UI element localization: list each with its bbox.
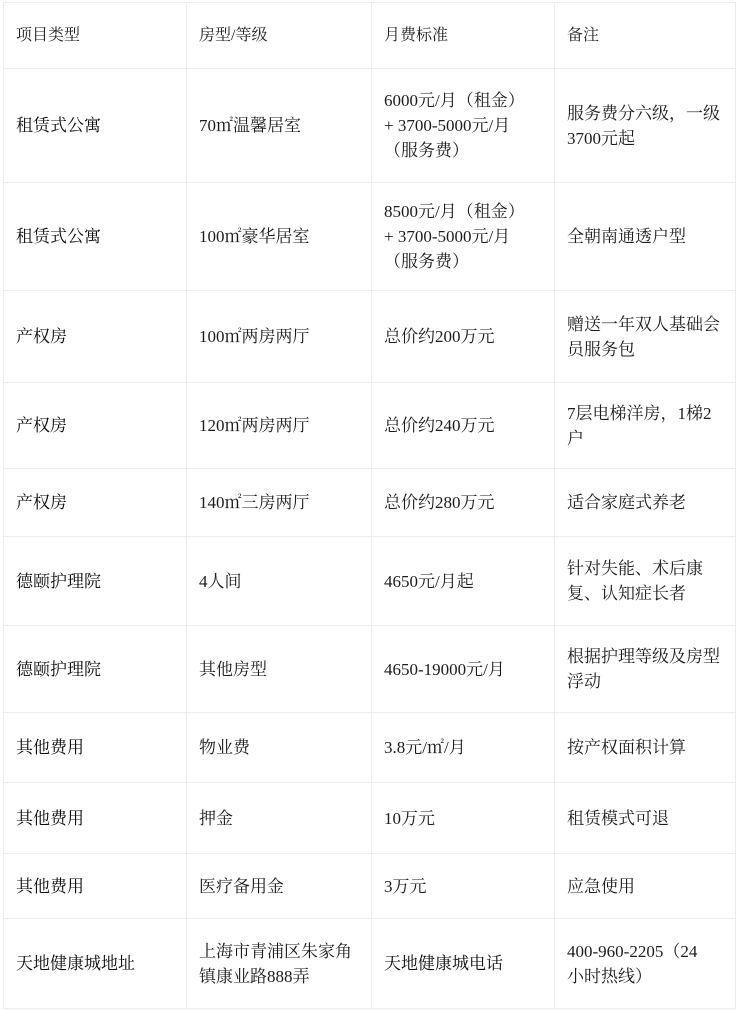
cell-note: 应急使用 [555,854,736,919]
cell-note: 适合家庭式养老 [555,469,736,537]
cell-monthly-fee: 3万元 [372,854,555,919]
cell-room-type: 100㎡豪华居室 [187,183,372,291]
cell-note: 服务费分六级，一级 3700元起 [555,69,736,183]
cell-monthly-fee: 4650元/月起 [372,537,555,626]
table-row: 其他费用 押金 10万元 租赁模式可退 [4,783,736,854]
cell-address-value: 上海市青浦区朱家角 镇康业路888弄 [187,919,372,1009]
cell-monthly-fee: 总价约280万元 [372,469,555,537]
cell-project-type: 其他费用 [4,783,187,854]
table-row: 产权房 140㎡三房两厅 总价约280万元 适合家庭式养老 [4,469,736,537]
cell-note: 赠送一年双人基础会 员服务包 [555,291,736,383]
table-row: 租赁式公寓 70㎡温馨居室 6000元/月（租金） + 3700-5000元/月… [4,69,736,183]
table-header-row: 项目类型 房型/等级 月费标准 备注 [4,3,736,69]
cell-project-type: 租赁式公寓 [4,69,187,183]
cell-room-type: 医疗备用金 [187,854,372,919]
table-row: 产权房 120㎡两房两厅 总价约240万元 7层电梯洋房，1梯2 户 [4,383,736,469]
cell-project-type: 其他费用 [4,713,187,783]
table-row: 其他费用 医疗备用金 3万元 应急使用 [4,854,736,919]
cell-room-type: 100㎡两房两厅 [187,291,372,383]
cell-project-type: 产权房 [4,469,187,537]
column-header-room-type: 房型/等级 [187,3,372,69]
cell-project-type: 其他费用 [4,854,187,919]
cell-room-type: 120㎡两房两厅 [187,383,372,469]
cell-monthly-fee: 6000元/月（租金） + 3700-5000元/月 （服务费） [372,69,555,183]
column-header-notes: 备注 [555,3,736,69]
cell-project-type: 租赁式公寓 [4,183,187,291]
cell-room-type: 押金 [187,783,372,854]
cell-room-type: 70㎡温馨居室 [187,69,372,183]
cell-note: 全朝南通透户型 [555,183,736,291]
cell-address-label: 天地健康城地址 [4,919,187,1009]
table-row: 产权房 100㎡两房两厅 总价约200万元 赠送一年双人基础会 员服务包 [4,291,736,383]
cell-phone-label: 天地健康城电话 [372,919,555,1009]
column-header-monthly-fee: 月费标准 [372,3,555,69]
cell-room-type: 物业费 [187,713,372,783]
table-row: 德颐护理院 其他房型 4650-19000元/月 根据护理等级及房型 浮动 [4,626,736,713]
cell-room-type: 4人间 [187,537,372,626]
cell-phone-value: 400-960-2205（24 小时热线） [555,919,736,1009]
cell-note: 7层电梯洋房，1梯2 户 [555,383,736,469]
cell-note: 针对失能、术后康 复、认知症长者 [555,537,736,626]
cell-room-type: 140㎡三房两厅 [187,469,372,537]
cell-monthly-fee: 总价约200万元 [372,291,555,383]
cell-note: 租赁模式可退 [555,783,736,854]
column-header-project-type: 项目类型 [4,3,187,69]
cell-note: 按产权面积计算 [555,713,736,783]
cell-monthly-fee: 3.8元/㎡/月 [372,713,555,783]
cell-monthly-fee: 4650-19000元/月 [372,626,555,713]
cell-room-type: 其他房型 [187,626,372,713]
table-row: 天地健康城地址 上海市青浦区朱家角 镇康业路888弄 天地健康城电话 400-9… [4,919,736,1009]
cell-note: 根据护理等级及房型 浮动 [555,626,736,713]
table-row: 租赁式公寓 100㎡豪华居室 8500元/月（租金） + 3700-5000元/… [4,183,736,291]
cell-monthly-fee: 10万元 [372,783,555,854]
pricing-table: 项目类型 房型/等级 月费标准 备注 租赁式公寓 70㎡温馨居室 6000元/月… [3,2,736,1009]
cell-monthly-fee: 总价约240万元 [372,383,555,469]
table-row: 其他费用 物业费 3.8元/㎡/月 按产权面积计算 [4,713,736,783]
cell-monthly-fee: 8500元/月（租金） + 3700-5000元/月 （服务费） [372,183,555,291]
cell-project-type: 德颐护理院 [4,626,187,713]
cell-project-type: 产权房 [4,383,187,469]
cell-project-type: 产权房 [4,291,187,383]
table-row: 德颐护理院 4人间 4650元/月起 针对失能、术后康 复、认知症长者 [4,537,736,626]
cell-project-type: 德颐护理院 [4,537,187,626]
